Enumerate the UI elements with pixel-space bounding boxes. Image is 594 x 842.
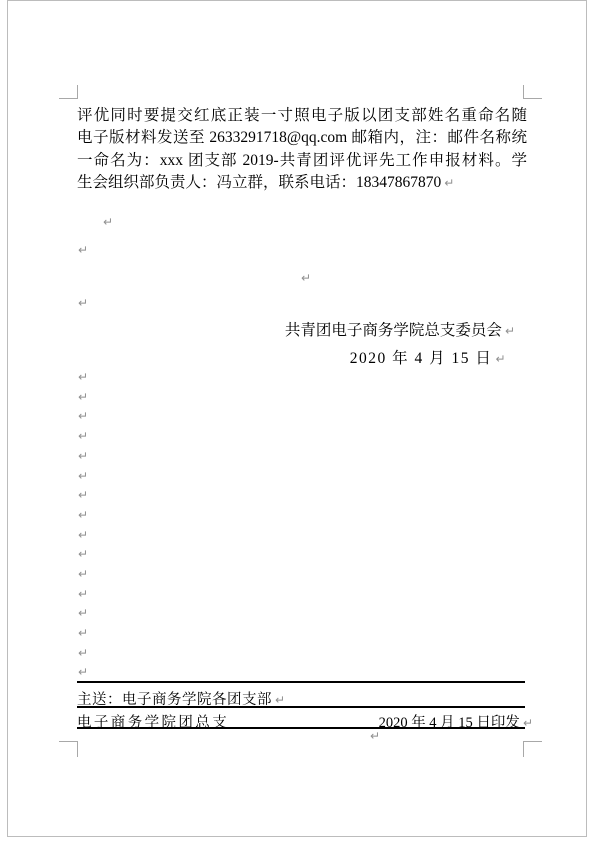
signature-organization: 共青团电子商务学院总支委员会↵ <box>285 318 515 340</box>
paragraph-mark-icon: ↵ <box>78 470 88 482</box>
footer-separator-line <box>77 706 525 708</box>
paragraph-mark-icon: ↵ <box>78 244 88 256</box>
paragraph-mark-icon: ↵ <box>78 548 88 560</box>
paragraph-mark-icon: ↵ <box>78 666 88 678</box>
footer-separator-line <box>77 681 525 683</box>
paragraph-mark-icon: ↵ <box>78 371 88 383</box>
paragraph-mark-icon: ↵ <box>78 509 88 521</box>
body-line: 一命名为：xxx 团支部 2019-共青团评优评先工作申报材料。学 <box>77 150 527 172</box>
paragraph-mark-icon: ↵ <box>78 430 88 442</box>
signature-date: 2020 年 4 月 15 日↵ <box>350 346 507 368</box>
paragraph-mark-icon: ↵ <box>103 216 113 228</box>
paragraph-mark-icon: ↵ <box>370 730 380 742</box>
body-line: 评优同时要提交红底正装一寸照电子版以团支部姓名重命名随 <box>77 105 527 127</box>
text-boundary-corner-bottom-left-icon <box>59 741 78 757</box>
body-line: 电子版材料发送至 2633291718@qq.com 邮箱内，注：邮件名称统 <box>77 127 527 149</box>
paragraph-mark-icon: ↵ <box>78 588 88 600</box>
footer-separator-line <box>77 727 525 729</box>
text-boundary-corner-top-left-icon <box>59 85 78 99</box>
document-page-canvas: { "page": { "background": "#ffffff", "bo… <box>0 0 594 842</box>
paragraph-mark-icon: ↵ <box>78 627 88 639</box>
paragraph-mark-icon: ↵ <box>301 272 311 284</box>
paragraph-mark-icon: ↵ <box>275 693 286 707</box>
paragraph-mark-icon: ↵ <box>78 568 88 580</box>
paragraph-mark-icon: ↵ <box>495 352 507 366</box>
paragraph-mark-icon: ↵ <box>78 391 88 403</box>
text-boundary-corner-bottom-right-icon <box>523 741 542 757</box>
body-paragraph: 评优同时要提交红底正装一寸照电子版以团支部姓名重命名随 电子版材料发送至 263… <box>77 105 527 195</box>
paragraph-mark-icon: ↵ <box>78 410 88 422</box>
text-boundary-corner-top-right-icon <box>523 85 542 99</box>
paragraph-mark-icon: ↵ <box>78 450 88 462</box>
paragraph-mark-icon: ↵ <box>78 647 88 659</box>
paragraph-mark-icon: ↵ <box>505 324 515 338</box>
paragraph-mark-icon: ↵ <box>78 607 88 619</box>
paragraph-mark-icon: ↵ <box>78 489 88 501</box>
paragraph-mark-icon: ↵ <box>444 176 454 190</box>
paragraph-mark-icon: ↵ <box>78 529 88 541</box>
paragraph-mark-icon: ↵ <box>78 297 88 309</box>
body-line: 生会组织部负责人：冯立群，联系电话：18347867870↵ <box>77 172 527 194</box>
